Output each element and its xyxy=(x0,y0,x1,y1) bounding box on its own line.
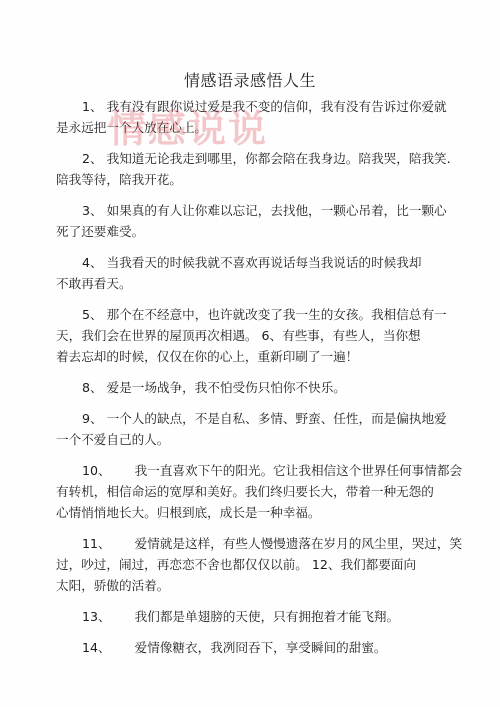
quote-paragraph-13: 13、我们都是单翅膀的天使，只有拥抱着才能飞翔。 xyxy=(56,606,451,627)
quote-paragraph-11: 11、爱情就是这样，有些人慢慢遗落在岁月的风尘里，哭过，笑 过，吵过，闹过，再恋… xyxy=(56,533,451,596)
paragraph-number: 13、 xyxy=(82,609,111,624)
paragraph-number: 14、 xyxy=(82,640,111,655)
quote-paragraph-14: 14、爱情像糖衣，我冽冏吞下，享受瞬间的甜蜜。 xyxy=(56,637,451,658)
paragraph-line: 我们都是单翅膀的天使，只有拥抱着才能飞翔。 xyxy=(135,609,399,624)
paragraph-line: 2、 我知道无论我走到哪里，你都会陪在我身边。陪我哭，陪我笑. xyxy=(56,148,451,169)
paragraph-first-line: 14、爱情像糖衣，我冽冏吞下，享受瞬间的甜蜜。 xyxy=(56,637,451,658)
paragraph-line: 爱情像糖衣，我冽冏吞下，享受瞬间的甜蜜。 xyxy=(135,640,387,655)
paragraph-first-line: 13、我们都是单翅膀的天使，只有拥抱着才能飞翔。 xyxy=(56,606,451,627)
quote-paragraph-2: 2、 我知道无论我走到哪里，你都会陪在我身边。陪我哭，陪我笑. 陪我等待，陪我开… xyxy=(56,148,451,190)
paragraph-line: 太阳，骄傲的活着。 xyxy=(56,575,451,596)
quote-paragraph-4: 4、 当我看天的时候我就不喜欢再说话每当我说话的时候我却 不敢再看天。 xyxy=(56,252,451,294)
quote-paragraph-8: 8、 爱是一场战争，我不怕受伤只怕你不快乐。 xyxy=(56,377,451,398)
quote-paragraph-10: 10、我一直喜欢下午的阳光。它让我相信这个世界任何事情都会 有转机，相信命运的宽… xyxy=(56,460,451,523)
paragraph-number: 10、 xyxy=(82,463,111,478)
paragraph-line: 9、 一个人的缺点，不是自私、多情、野蛮、任性，而是偏执地爱 xyxy=(56,408,451,429)
paragraph-line: 心情悄悄地长大。归根到底，成长是一种幸福。 xyxy=(56,502,451,523)
paragraph-line: 过，吵过，闹过，再恋恋不舍也都仅仅以前。 12、我们都要面向 xyxy=(56,554,451,575)
paragraph-line: 一个不爱自己的人。 xyxy=(56,429,451,450)
paragraph-number: 11、 xyxy=(82,536,111,551)
quote-paragraph-5: 5、 那个在不经意中，也许就改变了我一生的女孩。我相信总有一 天，我们会在世界的… xyxy=(56,304,451,367)
document-page: 情感语录感悟人生 情感说说 1、 我有没有跟你说过爱是我不变的信仰，我有没有告诉… xyxy=(0,0,500,707)
paragraph-line: 我一直喜欢下午的阳光。它让我相信这个世界任何事情都会 xyxy=(135,463,462,478)
quote-paragraph-9: 9、 一个人的缺点，不是自私、多情、野蛮、任性，而是偏执地爱 一个不爱自己的人。 xyxy=(56,408,451,450)
paragraph-first-line: 11、爱情就是这样，有些人慢慢遗落在岁月的风尘里，哭过，笑 xyxy=(56,533,451,554)
paragraph-first-line: 10、我一直喜欢下午的阳光。它让我相信这个世界任何事情都会 xyxy=(56,460,451,481)
paragraph-line: 死了还要难受。 xyxy=(56,221,451,242)
paragraph-line: 1、 我有没有跟你说过爱是我不变的信仰，我有没有告诉过你爱就 xyxy=(56,96,451,117)
paragraph-line: 8、 爱是一场战争，我不怕受伤只怕你不快乐。 xyxy=(56,377,451,398)
paragraph-line: 是永远把一个人放在心上。 xyxy=(56,117,451,138)
paragraph-line: 不敢再看天。 xyxy=(56,273,451,294)
quote-paragraph-3: 3、 如果真的有人让你难以忘记，去找他，一颗心吊着，比一颗心 死了还要难受。 xyxy=(56,200,451,242)
paragraph-line: 陪我等待，陪我开花。 xyxy=(56,169,451,190)
document-title: 情感语录感悟人生 xyxy=(0,68,500,91)
paragraph-line: 5、 那个在不经意中，也许就改变了我一生的女孩。我相信总有一 xyxy=(56,304,451,325)
paragraph-line: 着去忘却的时候，仅仅在你的心上，重新印刷了一遍！ xyxy=(56,346,451,367)
paragraph-line: 3、 如果真的有人让你难以忘记，去找他，一颗心吊着，比一颗心 xyxy=(56,200,451,221)
paragraph-line: 天，我们会在世界的屋顶再次相遇。 6、有些事，有些人，当你想 xyxy=(56,325,451,346)
document-body: 1、 我有没有跟你说过爱是我不变的信仰，我有没有告诉过你爱就 是永远把一个人放在… xyxy=(56,96,451,668)
paragraph-line: 有转机，相信命运的宽厚和美好。我们终归要长大，带着一种无怨的 xyxy=(56,481,451,502)
paragraph-line: 爱情就是这样，有些人慢慢遗落在岁月的风尘里，哭过，笑 xyxy=(135,536,462,551)
quote-paragraph-1: 1、 我有没有跟你说过爱是我不变的信仰，我有没有告诉过你爱就 是永远把一个人放在… xyxy=(56,96,451,138)
paragraph-line: 4、 当我看天的时候我就不喜欢再说话每当我说话的时候我却 xyxy=(56,252,451,273)
